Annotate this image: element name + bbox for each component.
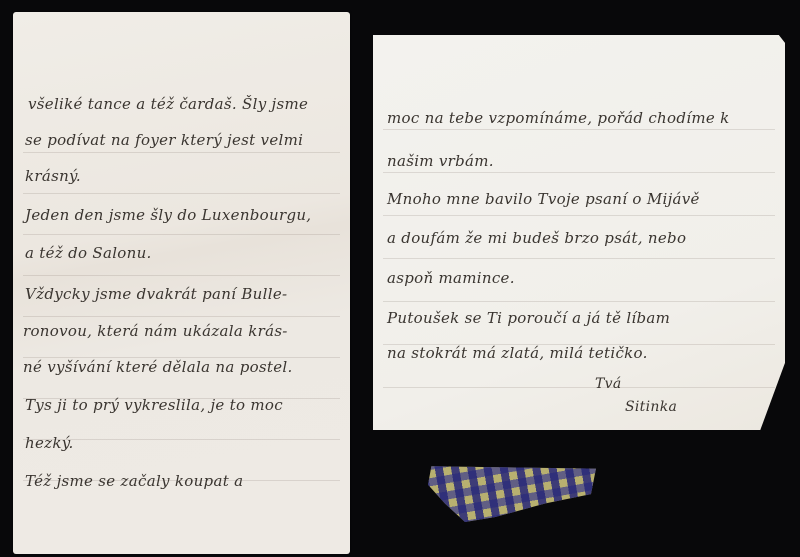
handwritten-line: Jeden den jsme šly do Luxenbourgu,: [25, 206, 350, 224]
letter-signature: Sitinka: [625, 399, 785, 415]
handwritten-line: moc na tebe vzpomínáme, pořád chodíme k: [387, 109, 785, 127]
handwritten-line: všeliké tance a též čardaš. Šly jsme: [28, 95, 350, 113]
handwritten-line: a doufám že mi budeš brzo psát, nebo: [387, 229, 785, 247]
handwritten-line: krásný.: [25, 167, 350, 185]
ruled-line: [383, 129, 775, 130]
ruled-line: [23, 152, 340, 153]
handwritten-line: né vyšívání které dělala na postel.: [23, 358, 350, 376]
ruled-line: [23, 234, 340, 235]
ruled-line: [23, 193, 340, 194]
letter-page-left: všeliké tance a též čardaš. Šly jsme se …: [13, 12, 350, 554]
handwritten-line: našim vrbám.: [387, 152, 785, 170]
handwritten-line: Též jsme se začaly koupat a: [25, 472, 350, 490]
ruled-line: [23, 316, 340, 317]
handwritten-line: Vždycky jsme dvakrát paní Bulle-: [25, 285, 350, 303]
ruled-line: [383, 215, 775, 216]
ruled-line: [383, 301, 775, 302]
handwritten-line: aspoň mamince.: [387, 269, 785, 287]
handwritten-line: na stokrát má zlatá, milá tetičko.: [387, 344, 785, 362]
handwritten-line: Tys ji to prý vykreslila, je to moc: [25, 396, 350, 414]
letter-closing: Tvá: [595, 376, 785, 392]
handwritten-line: se podívat na foyer který jest velmi: [25, 131, 350, 149]
fabric-swatch: [428, 460, 596, 522]
ruled-line: [383, 172, 775, 173]
handwritten-line: hezký.: [25, 434, 350, 452]
handwritten-line: Putoušek se Ti poroučí a já tě líbam: [387, 309, 785, 327]
handwritten-line: a též do Salonu.: [25, 244, 350, 262]
ruled-line: [383, 258, 775, 259]
ruled-line: [23, 275, 340, 276]
handwritten-line: Mnoho mne bavilo Tvoje psaní o Mijávě: [387, 190, 785, 208]
handwritten-line: ronovou, která nám ukázala krás-: [23, 322, 350, 340]
letter-page-right: moc na tebe vzpomínáme, pořád chodíme k …: [373, 35, 785, 430]
